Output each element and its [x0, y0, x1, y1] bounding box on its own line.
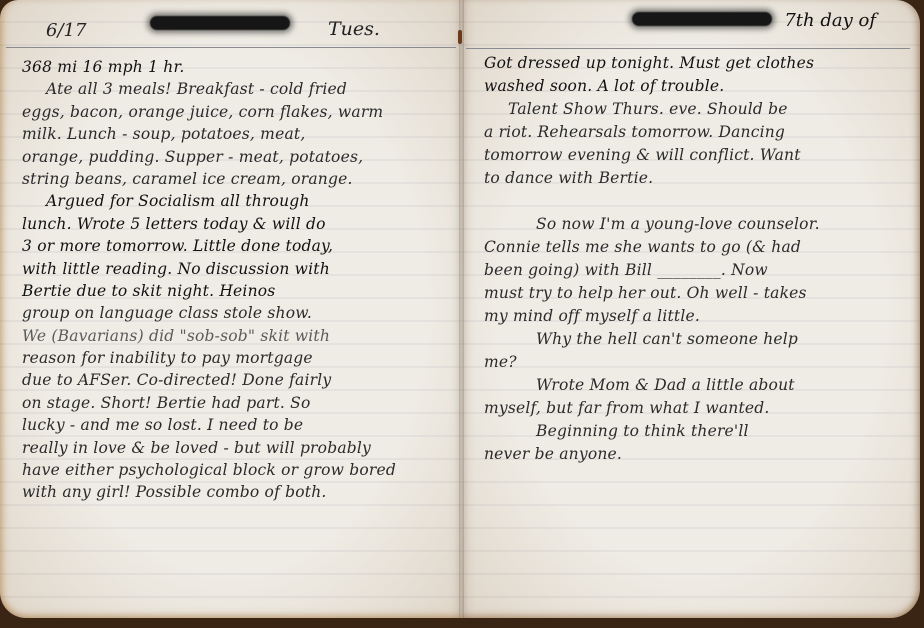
diary-spread: 6/17 Tues. 368 mi 16 mph 1 hr. Ate all 3… [0, 0, 924, 628]
text-line: due to AFSer. Co-directed! Done fairly [22, 369, 452, 391]
text-line: reason for inability to pay mortgage [22, 347, 452, 369]
blank-line [484, 190, 909, 213]
text-line: Talent Show Thurs. eve. Should be [484, 98, 909, 121]
text-line: been going) with Bill ________. Now [484, 259, 909, 282]
text-line: Beginning to think there'll [484, 420, 909, 443]
text-line: milk. Lunch - soup, potatoes, meat, [22, 123, 452, 145]
text-line: to dance with Bertie. [484, 167, 909, 190]
text-line: really in love & be loved - but will pro… [22, 437, 452, 459]
text-line: washed soon. A lot of trouble. [484, 75, 909, 98]
header-rule [466, 48, 910, 49]
day-count: 7th day of [784, 10, 876, 31]
redaction-mark [632, 12, 772, 26]
text-line: So now I'm a young-love counselor. [484, 213, 909, 236]
text-line: 368 mi 16 mph 1 hr. [22, 56, 452, 78]
text-line: myself, but far from what I wanted. [484, 397, 909, 420]
gutter-stain [458, 30, 462, 44]
text-line: lucky - and me so lost. I need to be [22, 414, 452, 436]
text-line: Wrote Mom & Dad a little about [484, 374, 909, 397]
text-line: eggs, bacon, orange juice, corn flakes, … [22, 101, 452, 123]
page-date: 6/17 [46, 20, 86, 41]
right-page-text: Got dressed up tonight. Must get clothes… [484, 52, 909, 466]
header-rule [6, 47, 456, 48]
text-line: tomorrow evening & will conflict. Want [484, 144, 909, 167]
text-line: Connie tells me she wants to go (& had [484, 236, 909, 259]
text-line: string beans, caramel ice cream, orange. [22, 168, 452, 190]
text-line: me? [484, 351, 909, 374]
text-line: must try to help her out. Oh well - take… [484, 282, 909, 305]
text-line: my mind off myself a little. [484, 305, 909, 328]
left-page: 6/17 Tues. 368 mi 16 mph 1 hr. Ate all 3… [0, 0, 462, 618]
redaction-mark [150, 16, 290, 30]
right-page: 7th day of Got dressed up tonight. Must … [462, 0, 920, 618]
text-line: lunch. Wrote 5 letters today & will do [22, 213, 452, 235]
text-line: have either psychological block or grow … [22, 459, 452, 481]
text-line: 3 or more tomorrow. Little done today, [22, 235, 452, 257]
text-line: Argued for Socialism all through [22, 190, 452, 212]
text-line: Ate all 3 meals! Breakfast - cold fried [22, 78, 452, 100]
text-line: Why the hell can't someone help [484, 328, 909, 351]
text-line: with any girl! Possible combo of both. [22, 481, 452, 503]
text-line: Got dressed up tonight. Must get clothes [484, 52, 909, 75]
text-line: with little reading. No discussion with [22, 258, 452, 280]
text-line: a riot. Rehearsals tomorrow. Dancing [484, 121, 909, 144]
page-day-of-week: Tues. [328, 18, 380, 40]
text-line: Bertie due to skit night. Heinos [22, 280, 452, 302]
book-gutter [459, 0, 464, 618]
text-line: We (Bavarians) did "sob-sob" skit with [22, 325, 452, 347]
text-line: never be anyone. [484, 443, 909, 466]
text-line: on stage. Short! Bertie had part. So [22, 392, 452, 414]
text-line: group on language class stole show. [22, 302, 452, 324]
text-line: orange, pudding. Supper - meat, potatoes… [22, 146, 452, 168]
left-page-text: 368 mi 16 mph 1 hr. Ate all 3 meals! Bre… [22, 56, 452, 504]
